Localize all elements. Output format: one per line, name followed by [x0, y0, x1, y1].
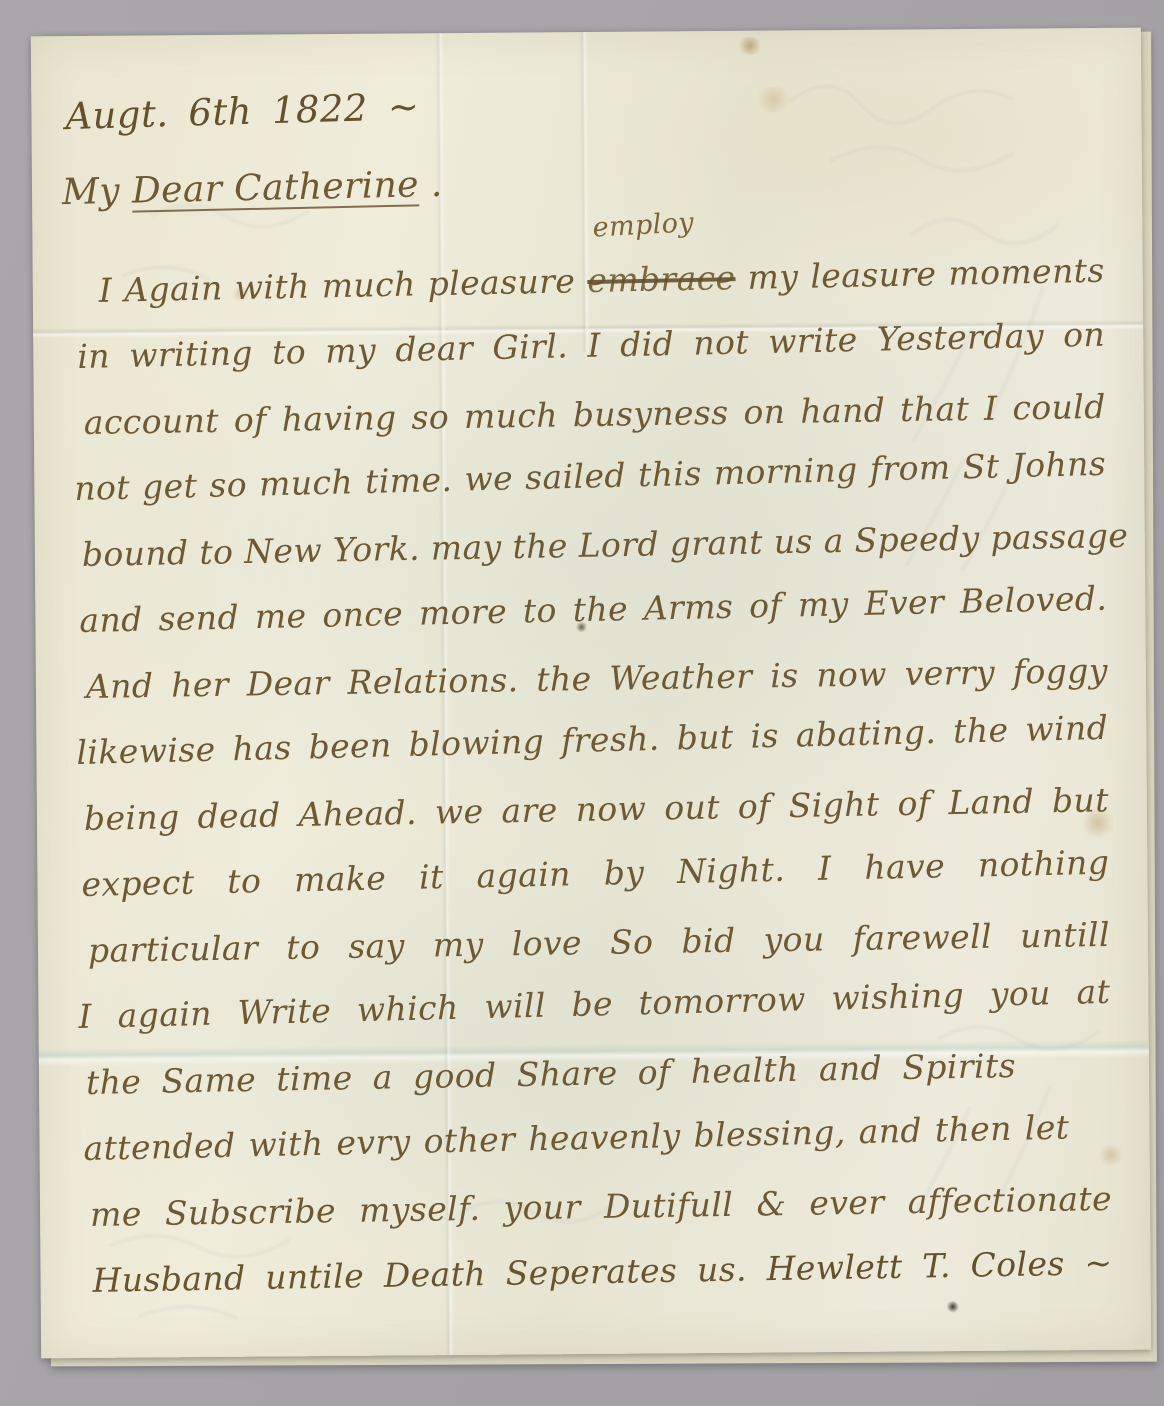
correction: employembrace	[587, 245, 737, 314]
signature: Hewlett T. Coles ~	[766, 1243, 1112, 1288]
line-text: me Subscribe myself. your Dutifull & eve…	[90, 1179, 1112, 1234]
letter-body: I Again with much pleasure employembrace…	[33, 250, 1151, 1315]
closing-text: Husband untile Death Seperates us.	[92, 1250, 747, 1300]
inserted-word: employ	[592, 209, 695, 243]
line-text: in writing to my dear Girl. I did not wr…	[77, 315, 1106, 376]
salutation-prefix: My	[62, 171, 133, 214]
paper-sheet: Augt. 6th 1822 ~ My Dear Catherine . I A…	[31, 28, 1151, 1359]
line-text: and send me once more to the Arms of my …	[79, 579, 1108, 640]
salutation-name: Dear Catherine	[131, 164, 419, 211]
struck-word: embrace	[587, 258, 736, 300]
line-text: not get so much time. we sailed this mor…	[74, 444, 1107, 508]
body-lines: in writing to my dear Girl. I did not wr…	[73, 316, 1112, 1248]
date-line: Augt. 6th 1822 ~	[65, 61, 1142, 142]
salutation: My Dear Catherine .	[62, 145, 1143, 219]
line-text: likewise has been blowing fresh. but is …	[76, 708, 1109, 772]
line-text: my leasure moments	[747, 251, 1105, 297]
line-text: I Again with much pleasure	[98, 261, 575, 310]
line-text: expect to make it again by Night. I have…	[81, 843, 1110, 904]
letter-scan: Augt. 6th 1822 ~ My Dear Catherine . I A…	[0, 0, 1164, 1406]
salutation-suffix: .	[418, 164, 443, 206]
line-text: the Same time a good Share of health and…	[86, 1046, 1017, 1102]
line-text: being dead Ahead. we are now out of Sigh…	[84, 780, 1110, 838]
line-text: bound to New York. may the Lord grant us…	[82, 516, 1129, 574]
line-text: attended with evry other heavenly blessi…	[83, 1107, 1070, 1168]
line-text: I again Write which will be tomorrow wis…	[78, 972, 1111, 1036]
